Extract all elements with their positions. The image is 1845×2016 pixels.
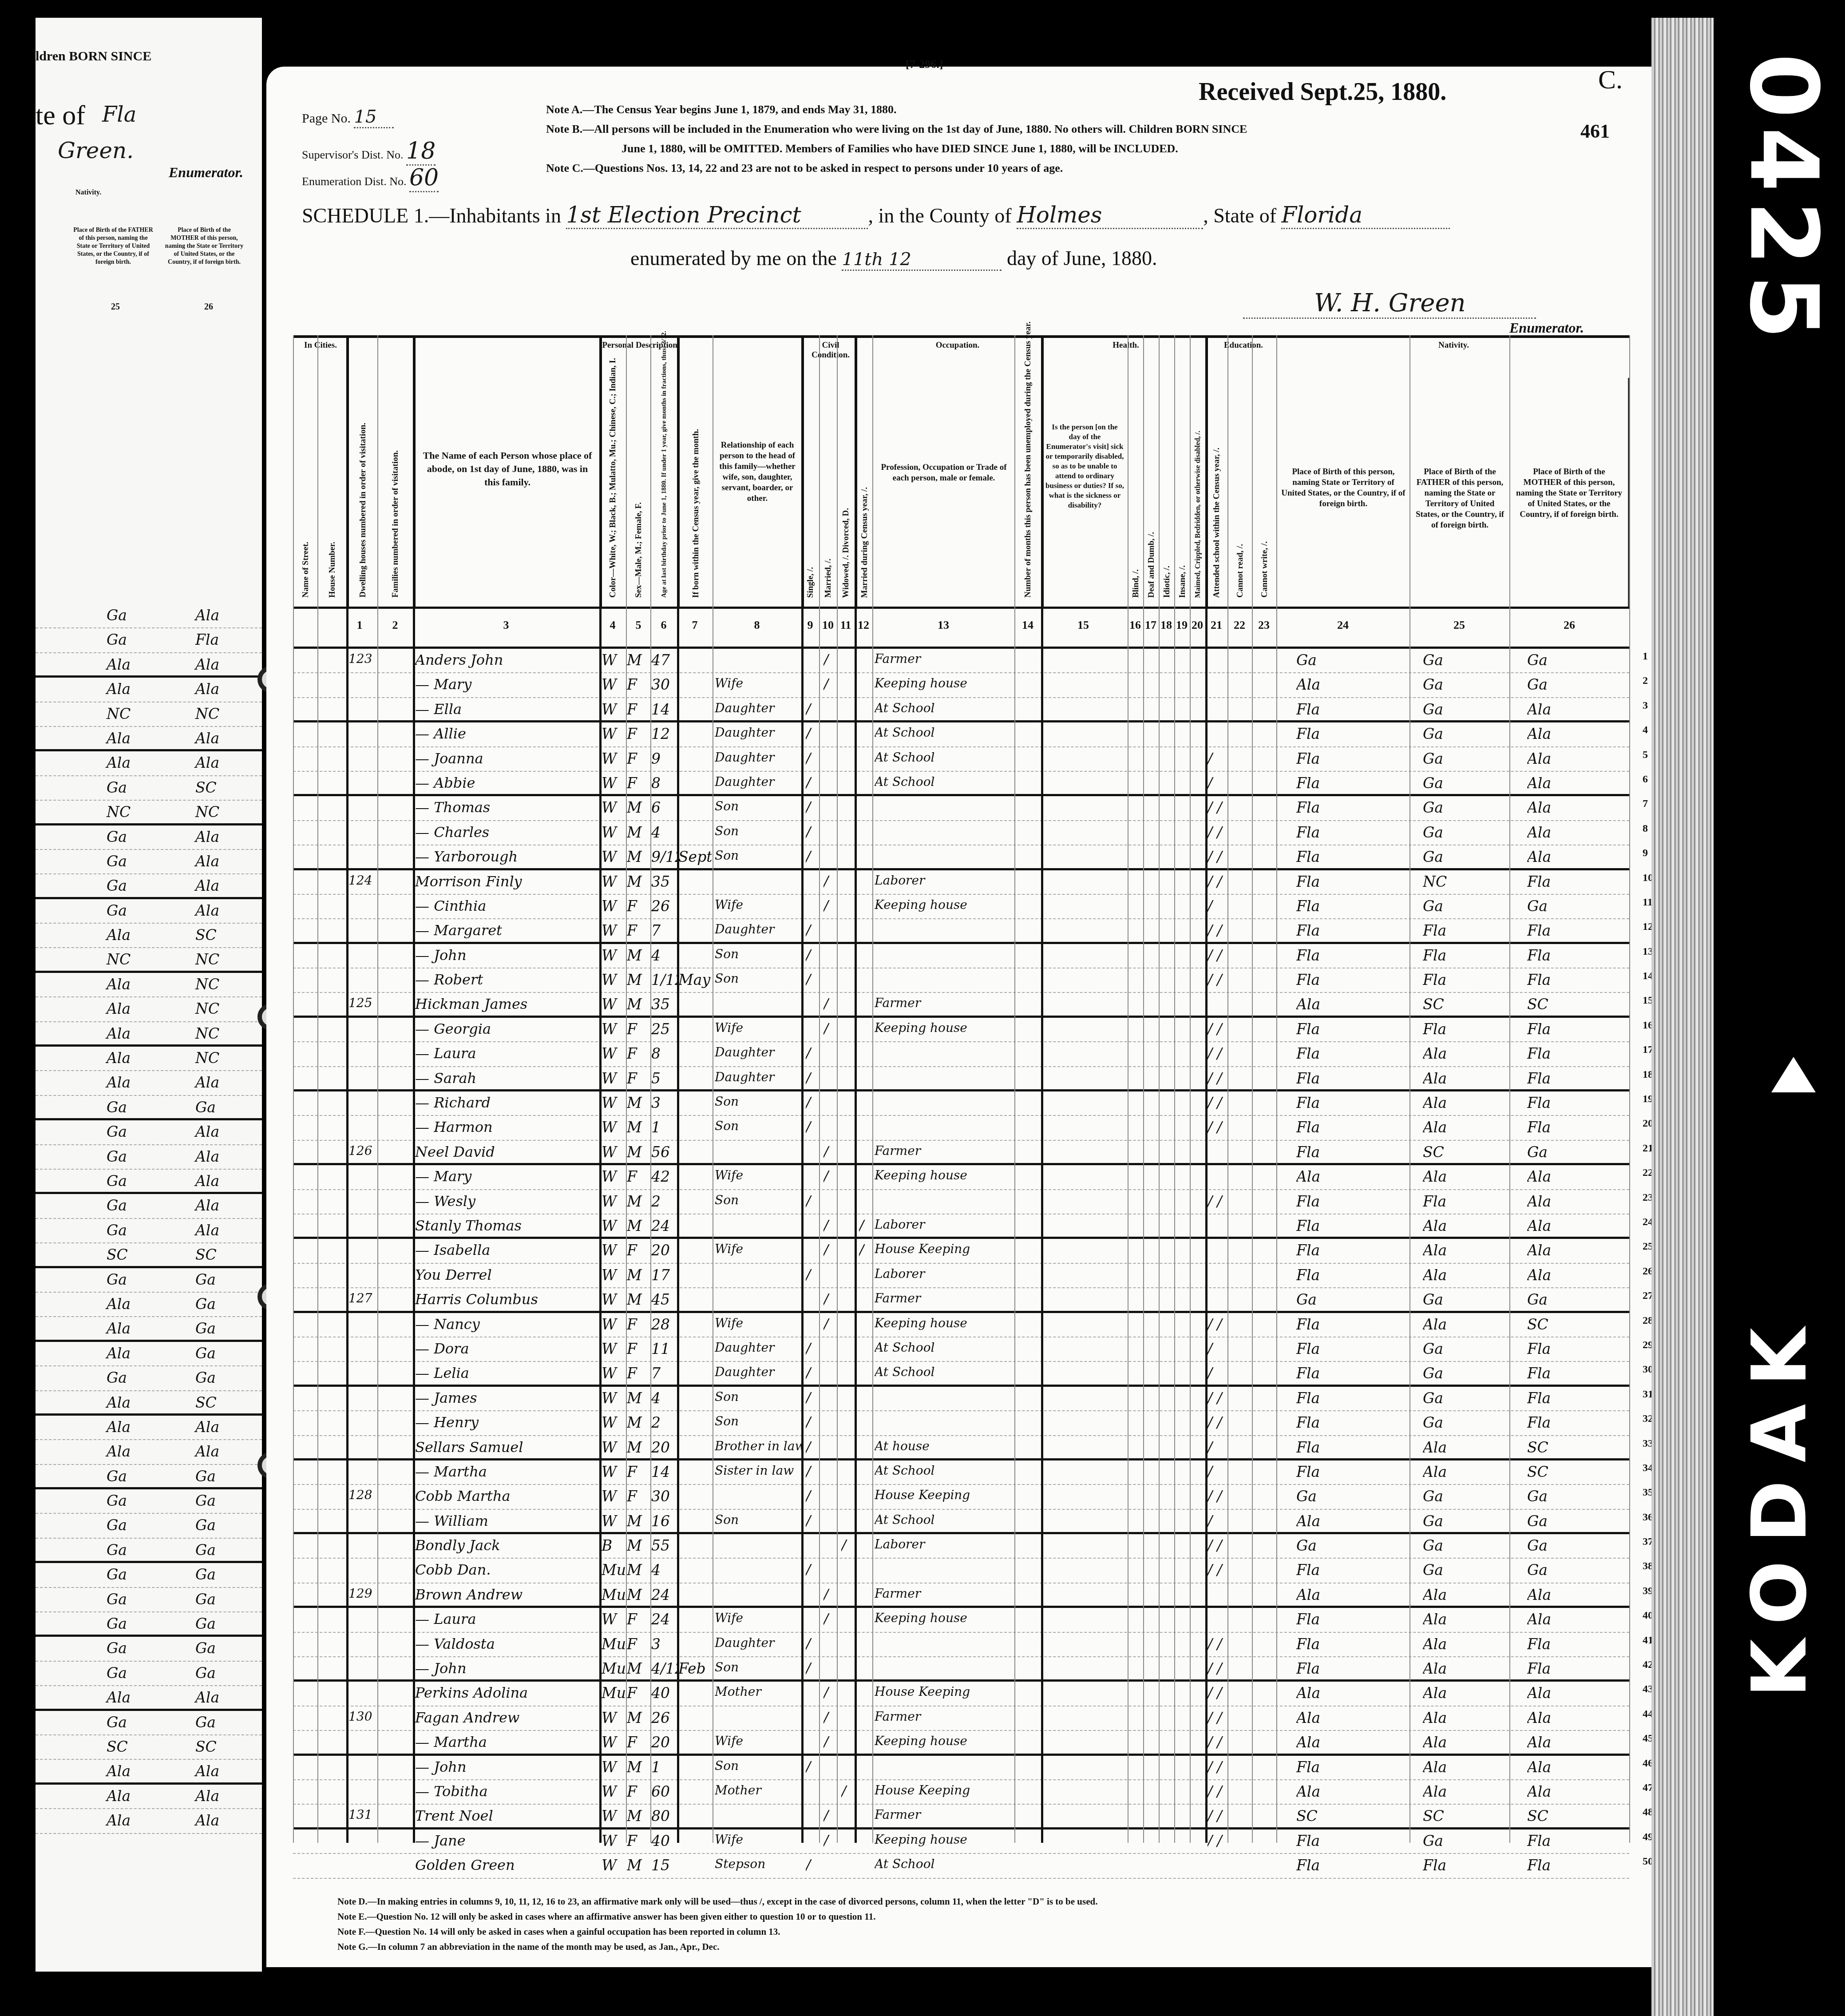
- education-marks: / /: [1208, 1561, 1274, 1579]
- left-state-label: te of: [36, 100, 85, 131]
- left-page-row: AlaAla: [36, 1809, 262, 1833]
- form-code: [7-296.]: [906, 58, 943, 71]
- age: 26: [651, 1709, 677, 1726]
- header-col8: Relationship of each person to the head …: [717, 440, 798, 504]
- occupation: Laborer: [875, 873, 1017, 888]
- color: W: [602, 848, 626, 865]
- header-col20: Maimed, Crippled, Bedridden, or otherwis…: [1194, 431, 1202, 598]
- mother-birthplace: Ga: [195, 1541, 216, 1559]
- occupation: At School: [875, 1365, 1017, 1379]
- dwelling-number: 125: [348, 996, 380, 1010]
- person-name: Perkins Adolina: [415, 1684, 597, 1701]
- age: 20: [651, 1242, 677, 1259]
- color: W: [602, 1291, 626, 1308]
- person-name: — Mary: [415, 676, 597, 693]
- column-rule: [599, 335, 602, 1843]
- left-page-row: NCNC: [36, 702, 262, 727]
- mother-birthplace: NC: [195, 705, 219, 722]
- education-marks: /: [1208, 1340, 1274, 1357]
- column-rule: [1159, 335, 1160, 1843]
- table-row: Perkins AdolinaMuF40MotherHouse Keeping/…: [293, 1682, 1629, 1706]
- sex: F: [627, 1734, 649, 1751]
- education-marks: / /: [1208, 1488, 1274, 1505]
- education-label: Education.: [1208, 341, 1279, 350]
- sex: F: [627, 1463, 649, 1480]
- header-col18: Idiotic, /.: [1162, 566, 1172, 598]
- civil-condition-mark: /: [806, 725, 819, 742]
- left-page-row: AlaSC: [36, 924, 262, 948]
- table-row: 131Trent NoelWM80Farmer/ /SCSCSC/48: [293, 1805, 1629, 1829]
- relationship: Stepson: [715, 1857, 801, 1871]
- mother-birthplace: Ga: [195, 1345, 216, 1362]
- relationship: Wife: [715, 1168, 801, 1183]
- father-birthplace: SC: [1423, 1143, 1507, 1161]
- sex: F: [627, 1340, 649, 1357]
- birthplace: SC: [1296, 1807, 1403, 1825]
- line-number: 3: [1643, 700, 1648, 712]
- column-rule: [413, 335, 415, 1843]
- civil-condition-mark: /: [806, 1094, 819, 1111]
- person-name: Brown Andrew: [415, 1586, 597, 1603]
- left-col25-number: 25: [111, 302, 120, 312]
- person-name: — Abbie: [415, 774, 597, 791]
- relationship: Son: [715, 1094, 801, 1109]
- education-marks: / /: [1208, 1094, 1274, 1111]
- column-number: 19: [1175, 619, 1188, 632]
- column-number: 14: [1021, 619, 1034, 632]
- father-birthplace: Ga: [107, 1148, 127, 1165]
- age: 14: [651, 701, 677, 718]
- father-birthplace: Ga: [1423, 1832, 1507, 1849]
- civil-condition-mark: /: [806, 1340, 819, 1357]
- mother-birthplace: Ala: [1527, 1684, 1625, 1702]
- column-number: 26: [1563, 619, 1576, 632]
- dwelling-number: 124: [348, 873, 380, 888]
- mother-birthplace: Ala: [195, 1418, 219, 1436]
- mother-birthplace: Fla: [1527, 1365, 1625, 1382]
- precinct-value: 1st Election Precinct: [566, 202, 868, 229]
- column-number: 24: [1336, 619, 1350, 632]
- column-number: 16: [1128, 619, 1142, 632]
- mother-birthplace: SC: [195, 1246, 217, 1263]
- age: 40: [651, 1832, 677, 1849]
- mother-birthplace: Fla: [1527, 1340, 1625, 1357]
- person-name: — Jane: [415, 1832, 597, 1849]
- relationship: Son: [715, 799, 801, 814]
- mother-birthplace: Ga: [1527, 897, 1625, 915]
- left-page-row: AlaAla: [36, 1071, 262, 1095]
- occupation: Keeping house: [875, 1168, 1017, 1183]
- left-page-row: AlaAla: [36, 653, 262, 678]
- column-number: 4: [606, 619, 619, 632]
- occupation: Farmer: [875, 996, 1017, 1010]
- relationship: Son: [715, 1119, 801, 1133]
- left-page-row: GaAla: [36, 1145, 262, 1170]
- mother-birthplace: NC: [195, 1049, 219, 1067]
- color: W: [602, 922, 626, 939]
- sex: F: [627, 1168, 649, 1185]
- age: 11: [651, 1340, 677, 1357]
- father-birthplace: Ala: [107, 1762, 131, 1780]
- enumerator-signature: W. H. Green: [1243, 289, 1536, 319]
- column-number: 10: [821, 619, 835, 632]
- column-rule: [1629, 335, 1630, 1843]
- color: W: [602, 1217, 626, 1234]
- civil-condition-mark: /: [806, 1045, 819, 1062]
- column-rule: [1190, 335, 1191, 1843]
- left-page-row: GaGa: [36, 1268, 262, 1293]
- color: W: [602, 1020, 626, 1038]
- father-birthplace: Ga: [1423, 897, 1507, 915]
- sex: F: [627, 701, 649, 718]
- table-row: — WeslyWM2Son/ /FlaFlaAla/23: [293, 1190, 1629, 1214]
- table-row: Sellars SamuelWM20Brother in lawAt house…: [293, 1436, 1629, 1460]
- left-page-row: GaAla: [36, 899, 262, 924]
- father-birthplace: Ga: [107, 779, 127, 796]
- mother-birthplace: Ala: [195, 607, 219, 624]
- state-label: , State of: [1203, 204, 1276, 227]
- father-birthplace: NC: [107, 803, 131, 821]
- left-page-row: NCNC: [36, 801, 262, 825]
- table-row: 127Harris ColumbusWM45FarmerGaGaGa/27: [293, 1288, 1629, 1313]
- father-birthplace: Ala: [107, 656, 131, 673]
- mother-birthplace: Ala: [1527, 1266, 1625, 1284]
- column-rule: [819, 335, 820, 1843]
- sheet-number: 461: [1580, 120, 1610, 143]
- person-name: — Lelia: [415, 1365, 597, 1381]
- civil-condition-mark: /: [806, 1439, 819, 1456]
- father-birthplace: Ga: [1423, 1291, 1507, 1308]
- left-col26-number: 26: [204, 302, 213, 312]
- dwelling-number: 127: [348, 1291, 380, 1306]
- table-row: — DoraWF11DaughterAt School/FlaGaFla/29: [293, 1337, 1629, 1362]
- age: 1: [651, 1119, 677, 1136]
- sex: M: [627, 996, 649, 1013]
- color: W: [602, 1340, 626, 1357]
- left-page-row: GaGa: [36, 1366, 262, 1391]
- father-birthplace: Ga: [107, 1714, 127, 1731]
- father-birthplace: Ala: [107, 1689, 131, 1706]
- civil-condition-mark: /: [824, 1734, 837, 1751]
- table-header: In Cities. Name of Street. House Number.…: [293, 335, 1629, 609]
- father-birthplace: Ala: [107, 1000, 131, 1017]
- birthplace: Fla: [1296, 1316, 1403, 1333]
- color: W: [602, 971, 626, 988]
- color: W: [602, 1783, 626, 1800]
- age: 24: [651, 1217, 677, 1234]
- father-birthplace: Ala: [107, 1812, 131, 1829]
- enumerated-suffix: day of June, 1880.: [1007, 247, 1157, 270]
- relationship: Mother: [715, 1783, 801, 1798]
- left-page-row: GaSC: [36, 776, 262, 801]
- mother-birthplace: Ga: [195, 1492, 216, 1509]
- civil-condition-mark: /: [824, 1709, 837, 1726]
- column-number: 6: [657, 619, 670, 632]
- mother-birthplace: Fla: [1527, 922, 1625, 939]
- person-name: — Nancy: [415, 1316, 597, 1333]
- color: B: [602, 1537, 626, 1554]
- age: 47: [651, 651, 677, 669]
- line-number: 8: [1643, 823, 1648, 835]
- sex: F: [627, 1832, 649, 1849]
- nativity-label: Nativity.: [1277, 341, 1630, 350]
- age: 12: [651, 725, 677, 742]
- father-birthplace: Ga: [1423, 1537, 1507, 1554]
- dwelling-number: 129: [348, 1586, 380, 1601]
- education-marks: /: [1208, 1365, 1274, 1382]
- age: 20: [651, 1439, 677, 1456]
- education-marks: /: [1208, 750, 1274, 767]
- table-row: 129Brown AndrewMuM24FarmerAlaAlaAla/39: [293, 1583, 1629, 1608]
- sex: M: [627, 1586, 649, 1603]
- person-name: Cobb Martha: [415, 1488, 597, 1504]
- occupation: House Keeping: [875, 1242, 1017, 1256]
- color: W: [602, 1168, 626, 1185]
- father-birthplace: Ga: [107, 1639, 127, 1657]
- table-row: — LauraWF24WifeKeeping houseFlaAlaAla/40: [293, 1608, 1629, 1632]
- education-marks: / /: [1208, 1316, 1274, 1333]
- column-number: 11: [839, 619, 852, 632]
- color: W: [602, 873, 626, 890]
- father-birthplace: Ala: [107, 1025, 131, 1042]
- mother-birthplace: Ala: [1527, 1709, 1625, 1726]
- table-row: — LeliaWF7DaughterAt School/FlaGaFla/30: [293, 1362, 1629, 1386]
- left-page-row: AlaNC: [36, 1047, 262, 1071]
- table-row: — RobertWM1/12MaySon/ /FlaFlaFla/14: [293, 968, 1629, 993]
- left-page-row: GaGa: [36, 1096, 262, 1120]
- father-birthplace: Ala: [1423, 1709, 1507, 1726]
- civil-condition-mark: /: [806, 971, 819, 988]
- mother-birthplace: Ala: [1527, 1217, 1625, 1234]
- supervisor-label: Supervisor's Dist. No.: [302, 148, 404, 161]
- header-col1: Dwelling houses numbered in order of vis…: [358, 423, 368, 598]
- age: 8: [651, 1045, 677, 1062]
- father-birthplace: Ala: [107, 1295, 131, 1313]
- mother-birthplace: SC: [195, 926, 217, 944]
- table-row: — GeorgiaWF25WifeKeeping house/ /FlaFlaF…: [293, 1018, 1629, 1042]
- sex: M: [627, 873, 649, 890]
- occupation: At School: [875, 725, 1017, 740]
- civil-condition-mark: /: [806, 1070, 819, 1087]
- father-birthplace: Ala: [107, 1443, 131, 1460]
- mother-birthplace: Ga: [195, 1320, 216, 1337]
- person-name: — Georgia: [415, 1020, 597, 1037]
- sex: F: [627, 1488, 649, 1505]
- column-rule: [1205, 335, 1208, 1843]
- sex: M: [627, 1143, 649, 1161]
- age: 2: [651, 1414, 677, 1431]
- left-page-row: AlaNC: [36, 973, 262, 997]
- left-page-row: GaAla: [36, 604, 262, 628]
- sex: M: [627, 1266, 649, 1284]
- line-number: 4: [1643, 724, 1648, 736]
- mother-birthplace: Ga: [1527, 1488, 1625, 1505]
- father-birthplace: Ga: [107, 631, 127, 648]
- birth-month: Sept: [678, 848, 712, 865]
- column-number: 7: [688, 619, 701, 632]
- person-name: — Cinthia: [415, 897, 597, 914]
- schedule-table: In Cities. Name of Street. House Number.…: [293, 335, 1629, 1879]
- sex: F: [627, 725, 649, 742]
- color: W: [602, 1463, 626, 1480]
- enumeration-date: enumerated by me on the 11th 12 day of J…: [630, 246, 1157, 271]
- birthplace: Fla: [1296, 848, 1403, 865]
- father-birthplace: Ala: [107, 1394, 131, 1411]
- header-col14: Number of months this person has been un…: [1023, 321, 1033, 598]
- birthplace: Fla: [1296, 1094, 1403, 1111]
- occupation: Farmer: [875, 1586, 1017, 1601]
- civil-condition-mark: /: [806, 1512, 819, 1530]
- mother-birthplace: Ga: [195, 1271, 216, 1288]
- education-marks: / /: [1208, 1832, 1274, 1849]
- occupation: Keeping house: [875, 1316, 1017, 1330]
- age: 8: [651, 774, 677, 792]
- father-birthplace: Ga: [107, 1197, 127, 1214]
- film-frame-number: 0425: [1731, 53, 1838, 453]
- note-a: Note A.—The Census Year begins June 1, 1…: [546, 100, 1545, 119]
- table-row: — TobithaWF60MotherHouse Keeping/ /AlaAl…: [293, 1780, 1629, 1805]
- birthplace: Fla: [1296, 1439, 1403, 1456]
- mother-birthplace: Fla: [1527, 1045, 1625, 1062]
- civil-condition-mark: /: [806, 1561, 819, 1579]
- mother-birthplace: Ala: [1527, 774, 1625, 792]
- sex: M: [627, 1660, 649, 1677]
- occupation: Keeping house: [875, 897, 1017, 912]
- father-birthplace: NC: [1423, 873, 1507, 890]
- birthplace: Fla: [1296, 774, 1403, 792]
- civil-condition-mark: /: [824, 651, 837, 669]
- civil-condition-mark: /: [824, 873, 837, 890]
- relationship: Wife: [715, 1020, 801, 1035]
- education-marks: /: [1208, 774, 1274, 792]
- table-row: — SarahWF5Daughter/ /FlaAlaFla/18: [293, 1067, 1629, 1091]
- left-page-row: AlaAla: [36, 678, 262, 702]
- mother-birthplace: Ga: [195, 1099, 216, 1116]
- age: 3: [651, 1094, 677, 1111]
- age: 35: [651, 996, 677, 1013]
- mother-birthplace: Ga: [1527, 1291, 1625, 1308]
- person-name: — Charles: [415, 824, 597, 841]
- column-rule: [801, 335, 804, 1843]
- header-col15: Is the person [on the day of the Enumera…: [1045, 422, 1124, 510]
- mother-birthplace: Ala: [195, 1148, 219, 1165]
- relationship: Daughter: [715, 701, 801, 715]
- occupation: At School: [875, 750, 1017, 765]
- person-name: Golden Green: [415, 1857, 597, 1873]
- table-row: 126Neel DavidWM56FarmerFlaSCGa/21: [293, 1141, 1629, 1165]
- father-birthplace: Ga: [107, 1123, 127, 1140]
- father-birthplace: Ga: [1423, 774, 1507, 792]
- header-col4: Color—White, W.; Black, B.; Mulatto, Mu.…: [608, 358, 618, 598]
- table-row: — IsabellaWF20WifeHouse KeepingFlaAlaAla…: [293, 1239, 1629, 1263]
- birthplace: Fla: [1296, 1193, 1403, 1210]
- column-rule: [293, 335, 294, 1843]
- mother-birthplace: Fla: [1527, 1119, 1625, 1136]
- father-birthplace: Ga: [107, 1664, 127, 1682]
- father-birthplace: Ala: [107, 976, 131, 993]
- age: 30: [651, 676, 677, 693]
- column-rule: [677, 335, 679, 1843]
- father-birthplace: Ala: [107, 754, 131, 771]
- occupation: Laborer: [875, 1266, 1017, 1281]
- birthplace: Ala: [1296, 1586, 1403, 1603]
- table-row: — RichardWM3Son/ /FlaAlaFla/19: [293, 1091, 1629, 1116]
- education-marks: / /: [1208, 922, 1274, 939]
- sex: M: [627, 1709, 649, 1726]
- table-row: — NancyWF28WifeKeeping house/ /FlaAlaSC/…: [293, 1313, 1629, 1337]
- age: 9/12: [651, 848, 677, 865]
- occupation: Farmer: [875, 1709, 1017, 1724]
- left-page-row: GaGa: [36, 1539, 262, 1563]
- sex: F: [627, 1045, 649, 1062]
- table-row: — EllaWF14DaughterAt SchoolFlaGaAla/3: [293, 698, 1629, 722]
- sex: M: [627, 1758, 649, 1776]
- left-page-row: AlaAla: [36, 1686, 262, 1710]
- mother-birthplace: NC: [195, 1000, 219, 1017]
- person-name: — Mary: [415, 1168, 597, 1185]
- father-birthplace: Ga: [1423, 824, 1507, 841]
- header-col25: Place of Birth of the FATHER of this per…: [1414, 467, 1506, 531]
- father-birthplace: Ala: [1423, 1734, 1507, 1751]
- age: 15: [651, 1857, 677, 1874]
- mother-birthplace: Fla: [1527, 1020, 1625, 1038]
- age: 17: [651, 1266, 677, 1284]
- page-number-label: Page No. 15: [302, 107, 394, 128]
- occupation: Keeping house: [875, 1020, 1017, 1035]
- birthplace: Fla: [1296, 922, 1403, 939]
- father-birthplace: Ala: [107, 1418, 131, 1436]
- mother-birthplace: Ala: [195, 853, 219, 870]
- film-brand-label: KODAK: [1736, 1310, 1824, 1698]
- civil-condition-mark: /: [806, 774, 819, 792]
- birthplace: Fla: [1296, 1635, 1403, 1653]
- left-state-value: Fla: [102, 102, 136, 127]
- birthplace: Fla: [1296, 1020, 1403, 1038]
- mother-birthplace: Fla: [1527, 1857, 1625, 1874]
- table-row: — JohnWM1Son/ /FlaAlaAla/46: [293, 1756, 1629, 1780]
- left-page-row: GaAla: [36, 850, 262, 874]
- father-birthplace: SC: [1423, 996, 1507, 1013]
- color: W: [602, 1045, 626, 1062]
- column-rule: [837, 335, 838, 1843]
- table-row: — JohnWM4Son/ /FlaFlaFla/13: [293, 944, 1629, 968]
- column-number: 23: [1257, 619, 1271, 632]
- birthplace: Ga: [1296, 651, 1403, 669]
- father-birthplace: Ga: [1423, 676, 1507, 693]
- relationship: Wife: [715, 676, 801, 691]
- schedule-title: SCHEDULE 1.—Inhabitants in 1st Election …: [302, 202, 1450, 229]
- dwelling-number: 126: [348, 1143, 380, 1158]
- birthplace: Fla: [1296, 1070, 1403, 1087]
- header-col6: Age at last birthday prior to June 1, 18…: [661, 331, 668, 598]
- father-birthplace: Ga: [107, 1566, 127, 1583]
- table-row: 123Anders JohnWM47FarmerGaGaGa/1: [293, 649, 1629, 673]
- table-row: — MaryWF30WifeKeeping houseAlaGaGa/2: [293, 673, 1629, 698]
- civil-condition-mark: /: [806, 1193, 819, 1210]
- mother-birthplace: Ala: [195, 1689, 219, 1706]
- mother-birthplace: Ala: [195, 1762, 219, 1780]
- schedule-prefix: SCHEDULE 1.—Inhabitants in: [302, 204, 561, 227]
- line-number: 5: [1643, 749, 1648, 761]
- civil-condition-mark: /: [824, 897, 837, 915]
- person-name: — Harmon: [415, 1119, 597, 1135]
- left-page-row: GaGa: [36, 1612, 262, 1637]
- column-rule: [1227, 335, 1228, 1843]
- civil-condition-mark: /: [806, 1365, 819, 1382]
- civil-condition-mark: /: [806, 1266, 819, 1284]
- age: 14: [651, 1463, 677, 1480]
- occupation: At School: [875, 1512, 1017, 1527]
